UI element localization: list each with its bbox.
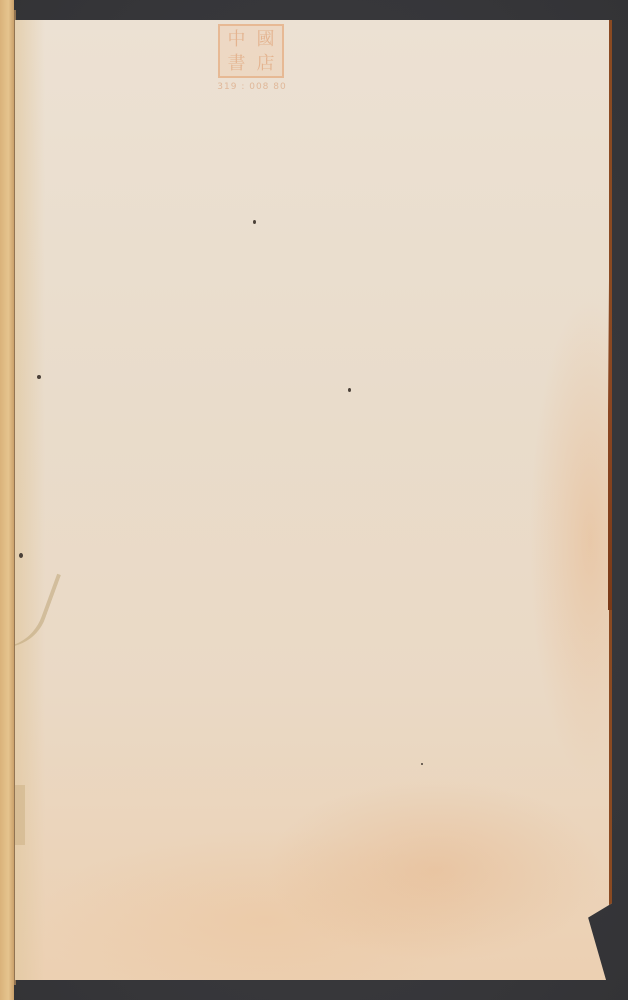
speck [421,763,423,765]
speck [37,375,41,379]
seal-glyph: 店 [252,53,279,75]
speck [348,388,351,392]
book-spine [0,0,14,1000]
seal-catalog-number: 319 : 008 80 [212,82,292,92]
library-seal-stamp: 中 國 書 店 [218,24,284,78]
edge-stain [608,280,612,610]
seal-glyph: 書 [223,53,250,75]
seal-glyph: 國 [252,29,279,51]
speck [19,553,23,558]
book-page: 中 國 書 店 319 : 008 80 [15,20,612,980]
scan-background: 中 國 書 店 319 : 008 80 [0,0,628,1000]
speck [253,220,256,224]
seal-glyph: 中 [223,29,250,51]
